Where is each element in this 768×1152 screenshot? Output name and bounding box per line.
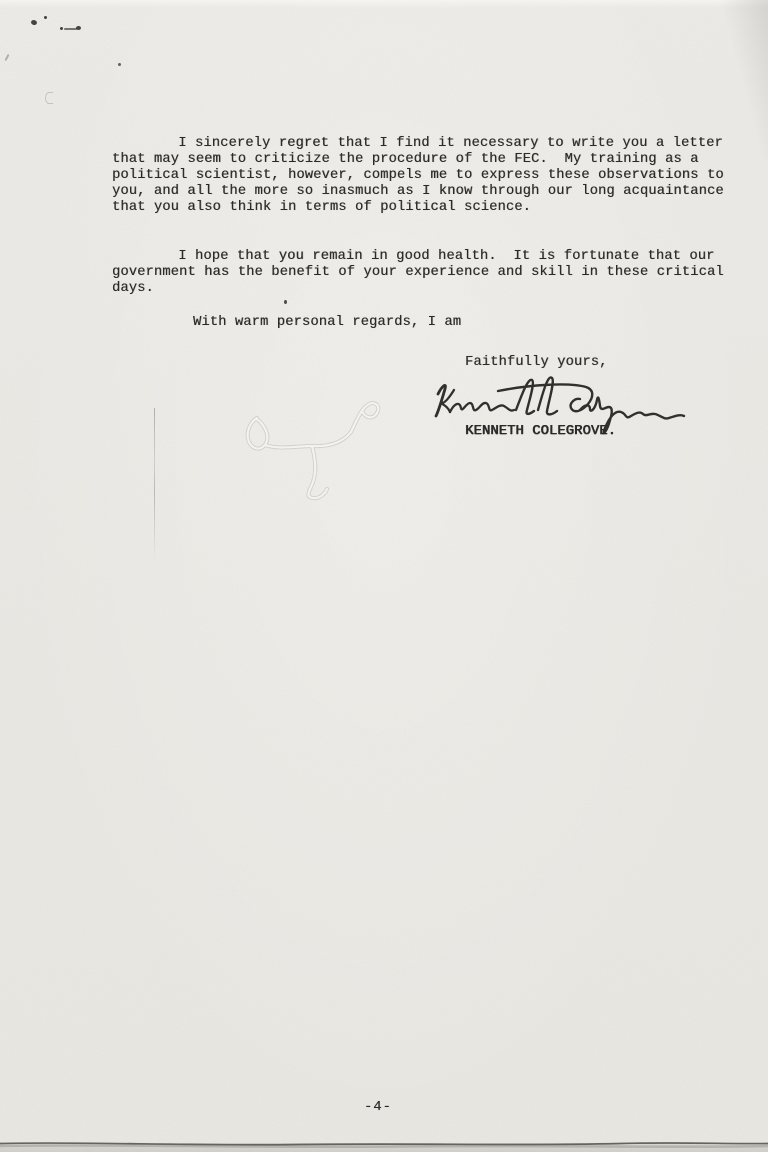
page-number: -4- bbox=[364, 1100, 392, 1116]
paper-crease-thread bbox=[235, 392, 395, 512]
paper-crease-vertical bbox=[154, 408, 155, 560]
ink-smudge bbox=[60, 27, 63, 30]
letter-page: I sincerely regret that I find it necess… bbox=[0, 0, 768, 1152]
ink-smudge bbox=[76, 26, 81, 30]
paper-top-edge bbox=[0, 0, 768, 8]
paper-corner-shadow bbox=[722, 0, 768, 160]
ink-smudge bbox=[44, 16, 47, 19]
ink-speck bbox=[284, 300, 287, 304]
closing-line: With warm personal regards, I am bbox=[193, 315, 461, 331]
paragraph-2: I hope that you remain in good health. I… bbox=[112, 249, 741, 297]
paragraph-1: I sincerely regret that I find it necess… bbox=[112, 136, 741, 216]
typed-name: KENNETH COLEGROVE. bbox=[465, 424, 616, 440]
ink-smudge bbox=[30, 19, 37, 25]
faint-mark bbox=[45, 92, 53, 104]
paper-bottom-edge-line bbox=[0, 1136, 768, 1152]
ink-speck bbox=[118, 63, 121, 66]
pencil-tick bbox=[4, 54, 9, 61]
